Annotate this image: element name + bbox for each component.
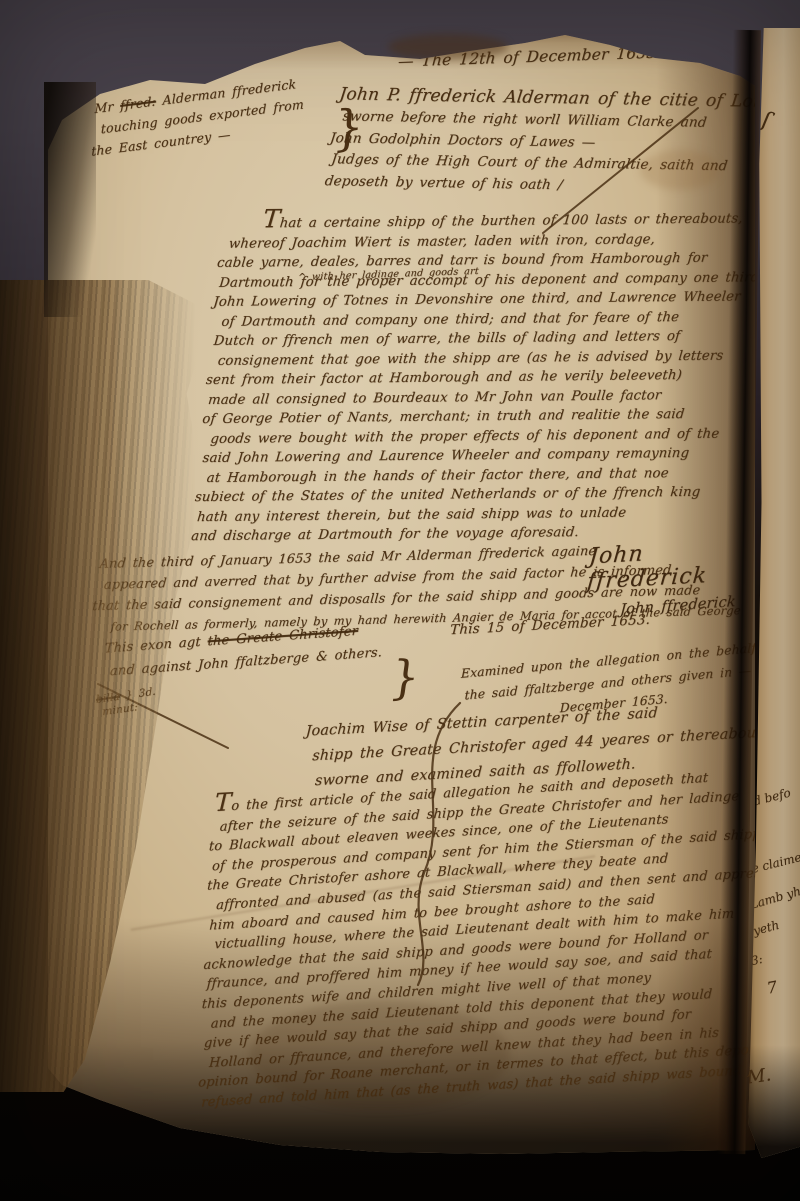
facing-page-fragment: Lamb yhe [748,882,800,912]
margin-note-struck-word: ffred: [120,93,156,112]
deposition-paragraph: That a certaine shipp of the burthen of … [190,208,791,547]
manuscript-photo: — The 12th of December 1653. Mr ffred: A… [0,0,800,1201]
facing-page-fragment: 7 [765,977,778,997]
margin-note-prefix: Mr [94,99,113,116]
facing-page-fragment: yeth [752,918,781,938]
testimony-paragraph: To the first article of the said allegat… [197,763,790,1113]
facing-page-fragment: e claime [750,850,800,876]
left-edge-shadow [44,82,96,317]
facing-page-fragment: ʃ [759,108,773,134]
facing-page-fragment: d befo [752,786,792,809]
intro-paragraph: John P. ffrederick Alderman of the citie… [323,84,776,200]
